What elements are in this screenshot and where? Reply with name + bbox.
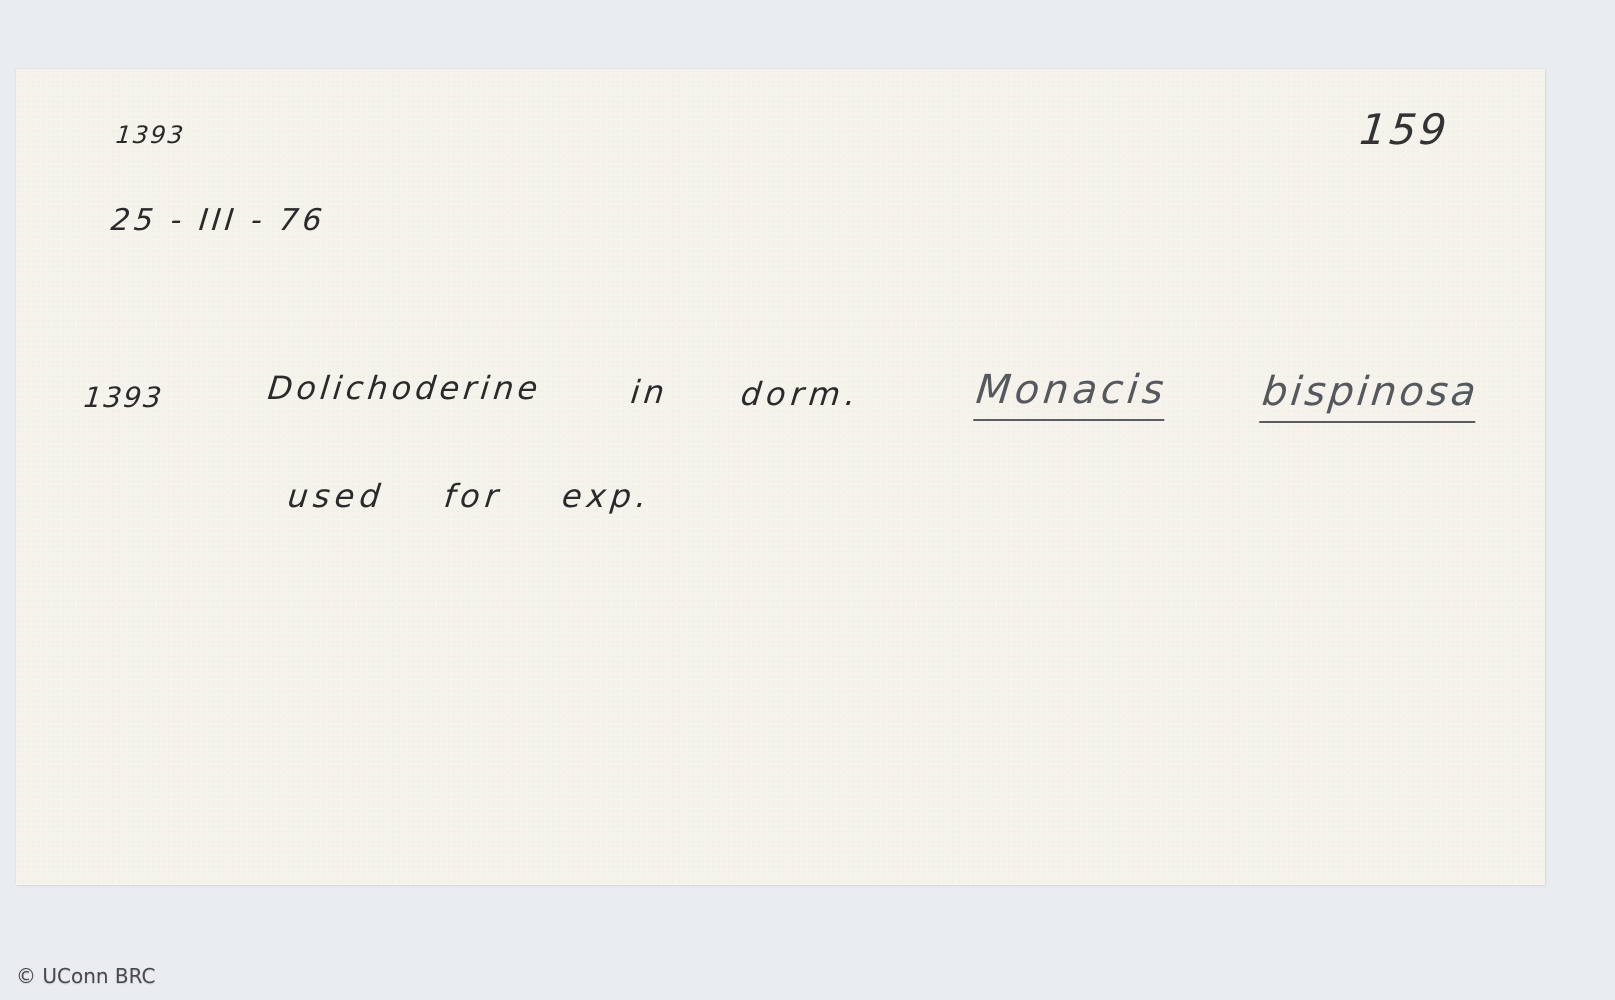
note-word: used (286, 477, 387, 515)
specimen-card: 1393 25 - III - 76 159 1393 Dolichoderin… (16, 69, 1545, 885)
location-text: dorm. (739, 375, 862, 413)
in-text: in (629, 373, 670, 411)
collection-date: 25 - III - 76 (109, 203, 327, 238)
species-name: bispinosa (1259, 369, 1481, 423)
catalog-number: 1393 (82, 381, 165, 414)
usage-note: used for exp. (286, 477, 697, 515)
note-word: exp. (560, 477, 653, 515)
copyright-notice: © UConn BRC (16, 964, 156, 988)
catalog-number-top: 1393 (115, 121, 187, 149)
note-word: for (442, 477, 505, 515)
page-number: 159 (1357, 105, 1451, 154)
subfamily-text: Dolichoderine (266, 369, 543, 407)
genus-name: Monacis (973, 367, 1169, 421)
